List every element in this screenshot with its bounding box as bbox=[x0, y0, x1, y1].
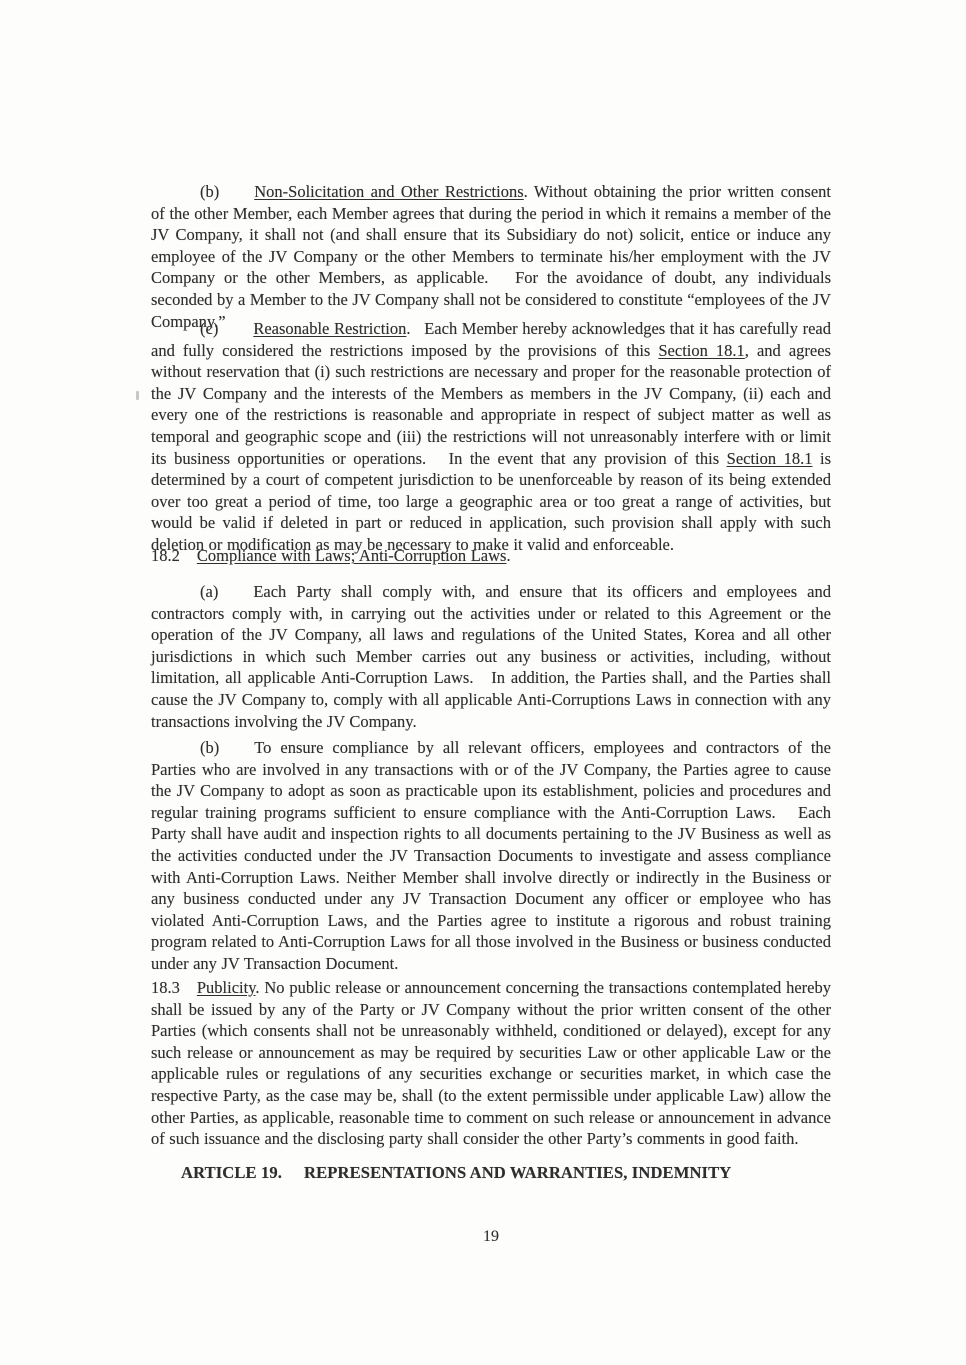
section-body: . No public release or announcement conc… bbox=[151, 978, 831, 1148]
section-title: Publicity bbox=[197, 978, 256, 997]
clause-title: Reasonable Restriction bbox=[253, 319, 406, 338]
clause-label: (b) bbox=[200, 738, 219, 757]
page-number: 19 bbox=[151, 1228, 831, 1246]
section-title-suffix: . bbox=[506, 546, 510, 565]
section-number: 18.2 bbox=[151, 546, 180, 565]
clause-18-1-b: (b)Non-Solicitation and Other Restrictio… bbox=[151, 181, 831, 332]
clause-18-2-a: (a)Each Party shall comply with, and ens… bbox=[151, 581, 831, 732]
article-19-heading: ARTICLE 19.REPRESENTATIONS AND WARRANTIE… bbox=[181, 1163, 831, 1183]
scan-artifact-mark bbox=[136, 391, 139, 400]
article-title: REPRESENTATIONS AND WARRANTIES, INDEMNIT… bbox=[304, 1163, 731, 1182]
section-reference: Section 18.1 bbox=[727, 449, 813, 468]
clause-body: . Without obtaining the prior written co… bbox=[151, 182, 831, 331]
section-title: Compliance with Laws; Anti-Corruption La… bbox=[197, 546, 507, 565]
clause-label: (b) bbox=[200, 182, 219, 201]
clause-18-1-c: (c)Reasonable Restriction. Each Member h… bbox=[151, 318, 831, 556]
article-number: ARTICLE 19. bbox=[181, 1163, 282, 1182]
clause-body: To ensure compliance by all relevant off… bbox=[151, 738, 831, 973]
clause-body: Each Party shall comply with, and ensure… bbox=[151, 582, 831, 731]
section-18-3: 18.3Publicity. No public release or anno… bbox=[151, 977, 831, 1150]
clause-title: Non-Solicitation and Other Restrictions bbox=[254, 182, 523, 201]
clause-label: (a) bbox=[200, 582, 218, 601]
section-number: 18.3 bbox=[151, 978, 180, 997]
clause-18-2-b: (b)To ensure compliance by all relevant … bbox=[151, 737, 831, 975]
section-18-2-heading: 18.2Compliance with Laws; Anti-Corruptio… bbox=[151, 545, 831, 567]
clause-label: (c) bbox=[200, 319, 218, 338]
scanned-document-page: (b)Non-Solicitation and Other Restrictio… bbox=[0, 0, 966, 1365]
section-reference: Section 18.1 bbox=[658, 341, 744, 360]
